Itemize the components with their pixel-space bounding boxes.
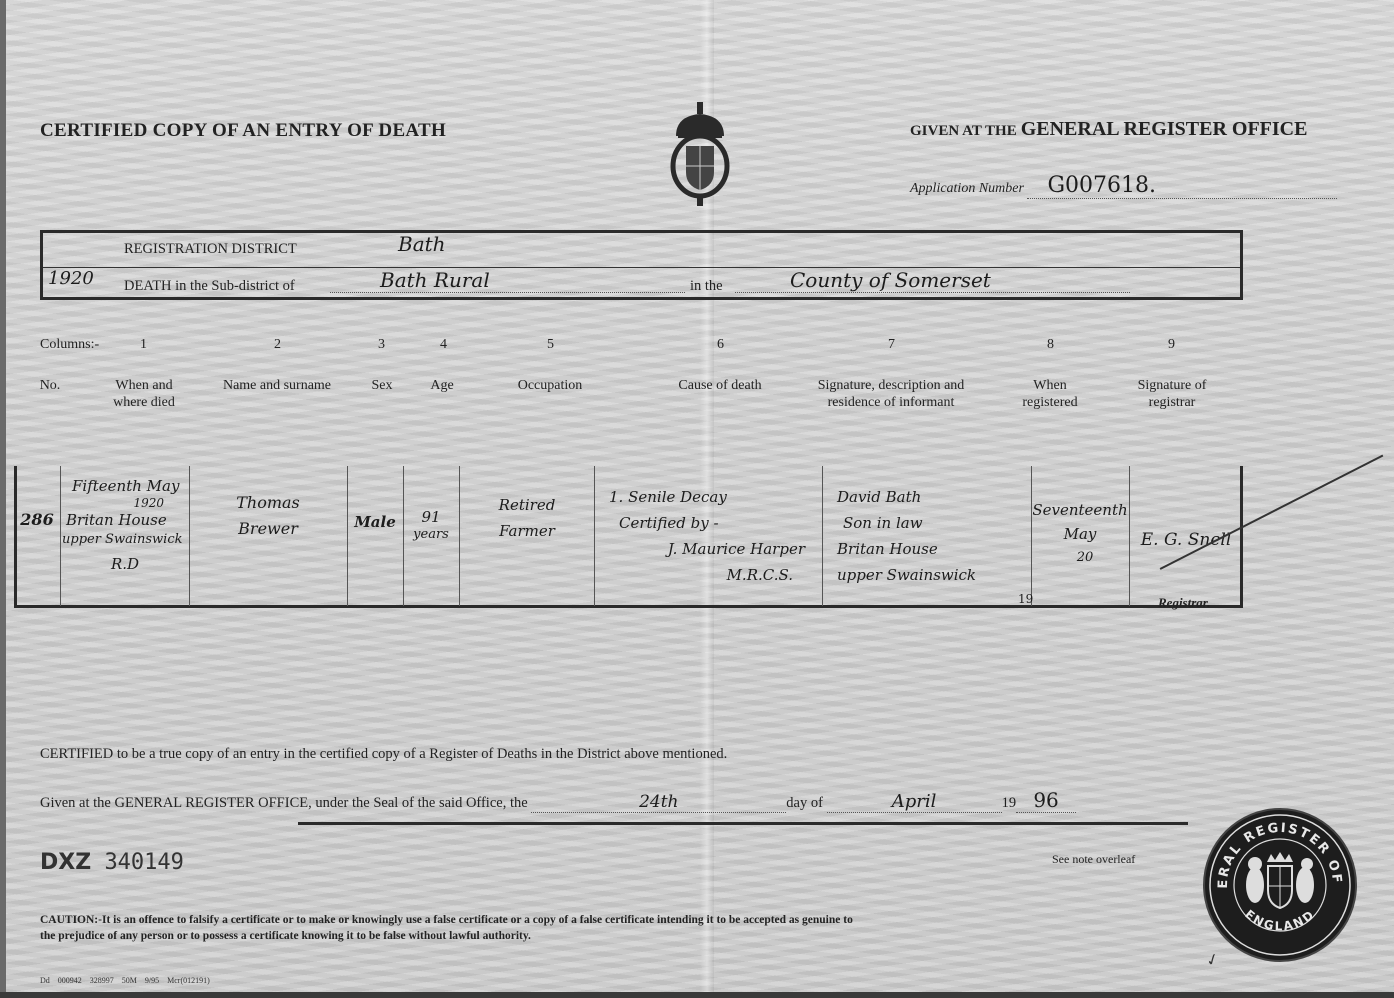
entry-name: Thomas Brewer bbox=[190, 490, 346, 542]
registration-district-label: REGISTRATION DISTRICT bbox=[124, 241, 297, 258]
entry-occupation: Retired Farmer bbox=[460, 492, 594, 544]
informant-relation: Son in law bbox=[837, 510, 1030, 536]
column-number-4: 4 bbox=[440, 337, 447, 353]
death-year-entry: 1920 bbox=[62, 496, 188, 510]
column-divider bbox=[60, 466, 61, 606]
columns-label: Columns:- bbox=[40, 337, 99, 353]
death-date: Fifteenth May bbox=[62, 476, 188, 496]
serial-prefix: DXZ bbox=[40, 850, 91, 875]
occupation-line-1: Retired bbox=[460, 492, 594, 518]
column-number-2: 2 bbox=[274, 337, 281, 353]
certifying-doctor: J. Maurice Harper bbox=[595, 536, 821, 562]
age-unit: years bbox=[404, 526, 458, 544]
age-value: 91 bbox=[404, 508, 458, 526]
informant-name: David Bath bbox=[837, 484, 1030, 510]
registered-month: May bbox=[1032, 522, 1128, 546]
document-title: CERTIFIED COPY OF AN ENTRY OF DEATH bbox=[40, 120, 446, 142]
scan-edge-left bbox=[0, 0, 6, 998]
registered-year-suffix: 20 bbox=[1032, 546, 1128, 570]
signature-rule bbox=[298, 822, 1188, 825]
form-code: Dd 000942 328997 50M 9/95 Mcr(012191) bbox=[40, 976, 210, 985]
see-note-overleaf: See note overleaf bbox=[1052, 852, 1135, 867]
header-when-where: When and where died bbox=[100, 377, 188, 411]
column-number-8: 8 bbox=[1047, 337, 1054, 353]
registrar-label: Registrar. bbox=[1158, 595, 1210, 611]
death-place-line-2: upper Swainswick bbox=[62, 530, 188, 550]
entry-sex: Male bbox=[348, 512, 402, 532]
county-value: County of Somerset bbox=[790, 268, 991, 292]
caution-text: CAUTION:-It is an offence to falsify a c… bbox=[40, 912, 860, 944]
application-number-value: G007618. bbox=[1027, 173, 1337, 199]
occupation-line-2: Farmer bbox=[460, 518, 594, 544]
certification-month: April bbox=[827, 791, 1002, 813]
column-number-7: 7 bbox=[888, 337, 895, 353]
entry-no: 286 bbox=[14, 510, 60, 530]
certificate-serial: DXZ 340149 bbox=[40, 850, 184, 875]
royal-crest-icon bbox=[662, 100, 738, 210]
column-divider bbox=[347, 466, 348, 606]
registered-day: Seventeenth bbox=[1032, 498, 1128, 522]
header-when-registered: When registered bbox=[1010, 377, 1090, 411]
entry-registered: Seventeenth May 20 bbox=[1032, 498, 1128, 570]
registrar-signature: E. G. Snell bbox=[1130, 530, 1242, 550]
header-no: No. bbox=[38, 377, 62, 394]
county-label: in the bbox=[690, 278, 723, 295]
given-at-line: Given at the GENERAL REGISTER OFFICE, un… bbox=[40, 788, 1076, 813]
entry-age: 91 years bbox=[404, 508, 458, 544]
column-number-3: 3 bbox=[378, 337, 385, 353]
county-dots bbox=[735, 292, 1130, 293]
svg-text:ENGLAND: ENGLAND bbox=[1242, 907, 1317, 933]
header-name: Name and surname bbox=[212, 377, 342, 394]
sub-district-label: DEATH in the Sub-district of bbox=[124, 278, 295, 295]
header-occupation: Occupation bbox=[500, 377, 600, 394]
death-year: 1920 bbox=[48, 268, 94, 289]
header-age: Age bbox=[424, 377, 460, 394]
column-number-9: 9 bbox=[1168, 337, 1175, 353]
application-number-row: Application Number G007618. bbox=[910, 173, 1338, 199]
header-sex: Sex bbox=[366, 377, 398, 394]
cause-line-2: Certified by - bbox=[595, 510, 821, 536]
sub-district-dots bbox=[330, 292, 685, 293]
column-number-5: 5 bbox=[547, 337, 554, 353]
svg-text:GENERAL REGISTER OFFICE: GENERAL REGISTER OFFICE bbox=[1205, 810, 1344, 889]
given-prefix: Given at the GENERAL REGISTER OFFICE, un… bbox=[40, 795, 528, 811]
death-place-line-1: Britan House bbox=[62, 510, 188, 530]
certification-day: 24th bbox=[531, 792, 786, 813]
day-of-label: day of bbox=[786, 795, 823, 811]
doctor-qualification: M.R.C.S. bbox=[595, 562, 821, 588]
issuer-heading: GIVEN AT THE GENERAL REGISTER OFFICE bbox=[910, 118, 1307, 141]
death-place-line-3: R.D bbox=[62, 550, 188, 574]
serial-number: 340149 bbox=[104, 850, 183, 875]
application-number-label: Application Number bbox=[910, 181, 1024, 196]
certification-century: 19 bbox=[1002, 795, 1017, 811]
registered-century: 19 bbox=[1018, 592, 1033, 606]
general-register-office-seal-icon: GENERAL REGISTER OFFICE ENGLAND bbox=[1205, 810, 1355, 960]
column-number-1: 1 bbox=[140, 337, 147, 353]
informant-address-1: Britan House bbox=[837, 536, 1030, 562]
issuer-name: GENERAL REGISTER OFFICE bbox=[1021, 118, 1308, 140]
cause-line-1: 1. Senile Decay bbox=[595, 484, 821, 510]
column-number-6: 6 bbox=[717, 337, 724, 353]
scan-edge-bottom bbox=[0, 992, 1394, 998]
informant-address-2: upper Swainswick bbox=[837, 562, 1030, 588]
header-informant: Signature, description and residence of … bbox=[796, 377, 986, 411]
sub-district-value: Bath Rural bbox=[380, 268, 490, 292]
district-divider bbox=[43, 267, 1240, 268]
entry-when-where: Fifteenth May 1920 Britan House upper Sw… bbox=[62, 476, 188, 574]
certification-year: 96 bbox=[1016, 788, 1076, 813]
header-registrar: Signature of registrar bbox=[1128, 377, 1216, 411]
surname: Brewer bbox=[190, 516, 346, 542]
header-cause: Cause of death bbox=[670, 377, 770, 394]
issuer-prefix: GIVEN AT THE bbox=[910, 123, 1017, 139]
certification-statement: CERTIFIED to be a true copy of an entry … bbox=[40, 746, 727, 763]
registration-district-value: Bath bbox=[398, 232, 446, 256]
forename: Thomas bbox=[190, 490, 346, 516]
entry-informant: David Bath Son in law Britan House upper… bbox=[823, 484, 1030, 588]
entry-cause: 1. Senile Decay Certified by - J. Mauric… bbox=[595, 484, 821, 588]
